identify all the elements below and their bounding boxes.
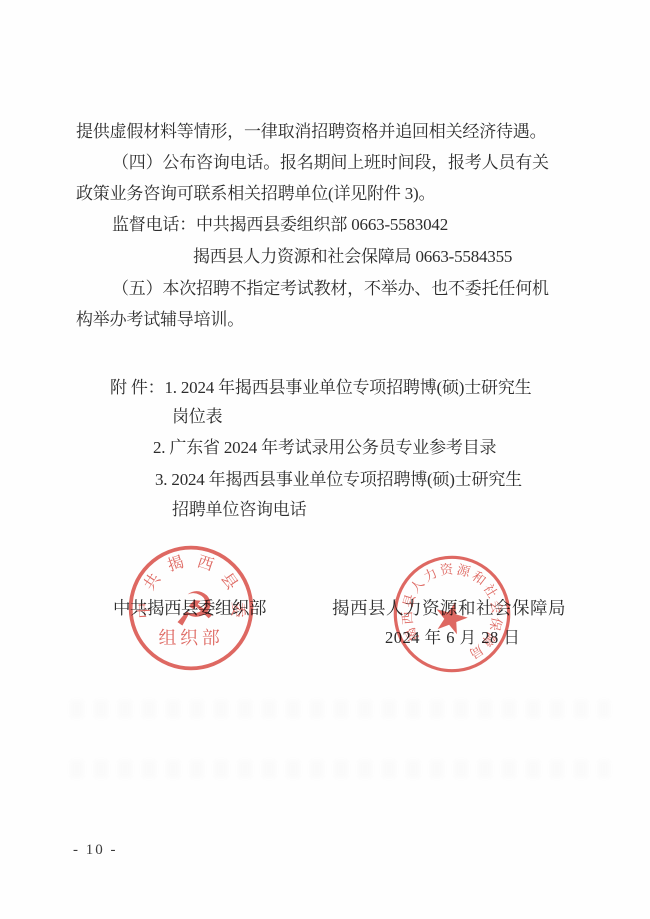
hammer-sickle-icon: ☭ <box>174 582 216 637</box>
scan-bleed-through <box>70 760 610 778</box>
body-line: 政策业务咨询可联系相关招聘单位(详见附件 3)。 <box>76 179 435 209</box>
svg-text:源: 源 <box>455 562 472 580</box>
scanned-document-page: 提供虚假材料等情形，一律取消招聘资格并追回相关经济待遇。 （四）公布咨询电话。报… <box>0 0 650 919</box>
official-seal-party-committee: 中共揭西县委组织部☭ <box>125 542 257 674</box>
svg-text:揭: 揭 <box>402 625 422 644</box>
svg-text:保: 保 <box>487 616 505 632</box>
svg-text:会: 会 <box>488 599 505 614</box>
attachment-item: 附 件：1. 2024 年揭西县事业单位专项招聘博(硕)士研究生 <box>110 373 531 403</box>
body-line: （五）本次招聘不指定考试教材，不举办、也不委托任何机 <box>112 274 549 304</box>
svg-text:共: 共 <box>140 570 164 593</box>
attachment-item: 3. 2024 年揭西县事业单位专项招聘博(硕)士研究生 <box>155 465 522 495</box>
body-line: （四）公布咨询电话。报名期间上班时间段，报考人员有关 <box>112 148 549 178</box>
attachment-item-continuation: 招聘单位咨询电话 <box>172 495 306 525</box>
svg-text:局: 局 <box>467 642 486 662</box>
body-line: 构举办考试辅导培训。 <box>76 305 244 335</box>
svg-text:委: 委 <box>228 601 247 618</box>
svg-text:西: 西 <box>195 553 216 575</box>
svg-text:揭: 揭 <box>165 553 186 575</box>
star-icon: ★ <box>427 589 476 646</box>
svg-text:县: 县 <box>217 569 241 592</box>
scan-bleed-through <box>70 700 610 718</box>
supervision-phone-line: 揭西县人力资源和社会保障局 0663-5584355 <box>193 242 512 272</box>
attachment-item-continuation: 岗位表 <box>172 402 222 432</box>
body-line: 提供虚假材料等情形，一律取消招聘资格并追回相关经济待遇。 <box>76 117 546 147</box>
page-number: - 10 - <box>73 842 118 859</box>
svg-text:西: 西 <box>399 611 415 626</box>
svg-text:资: 资 <box>439 561 455 578</box>
svg-text:县: 县 <box>400 592 418 609</box>
svg-text:中: 中 <box>135 602 154 619</box>
attachment-item: 2. 广东省 2024 年考试录用公务员专业参考目录 <box>153 433 496 463</box>
svg-text:力: 力 <box>420 564 439 584</box>
official-seal-human-resources-bureau: 揭西县人力资源和社会保障局★ <box>388 550 516 678</box>
svg-text:社: 社 <box>481 581 501 600</box>
supervision-phone-line: 监督电话：中共揭西县委组织部 0663-5583042 <box>112 210 448 240</box>
